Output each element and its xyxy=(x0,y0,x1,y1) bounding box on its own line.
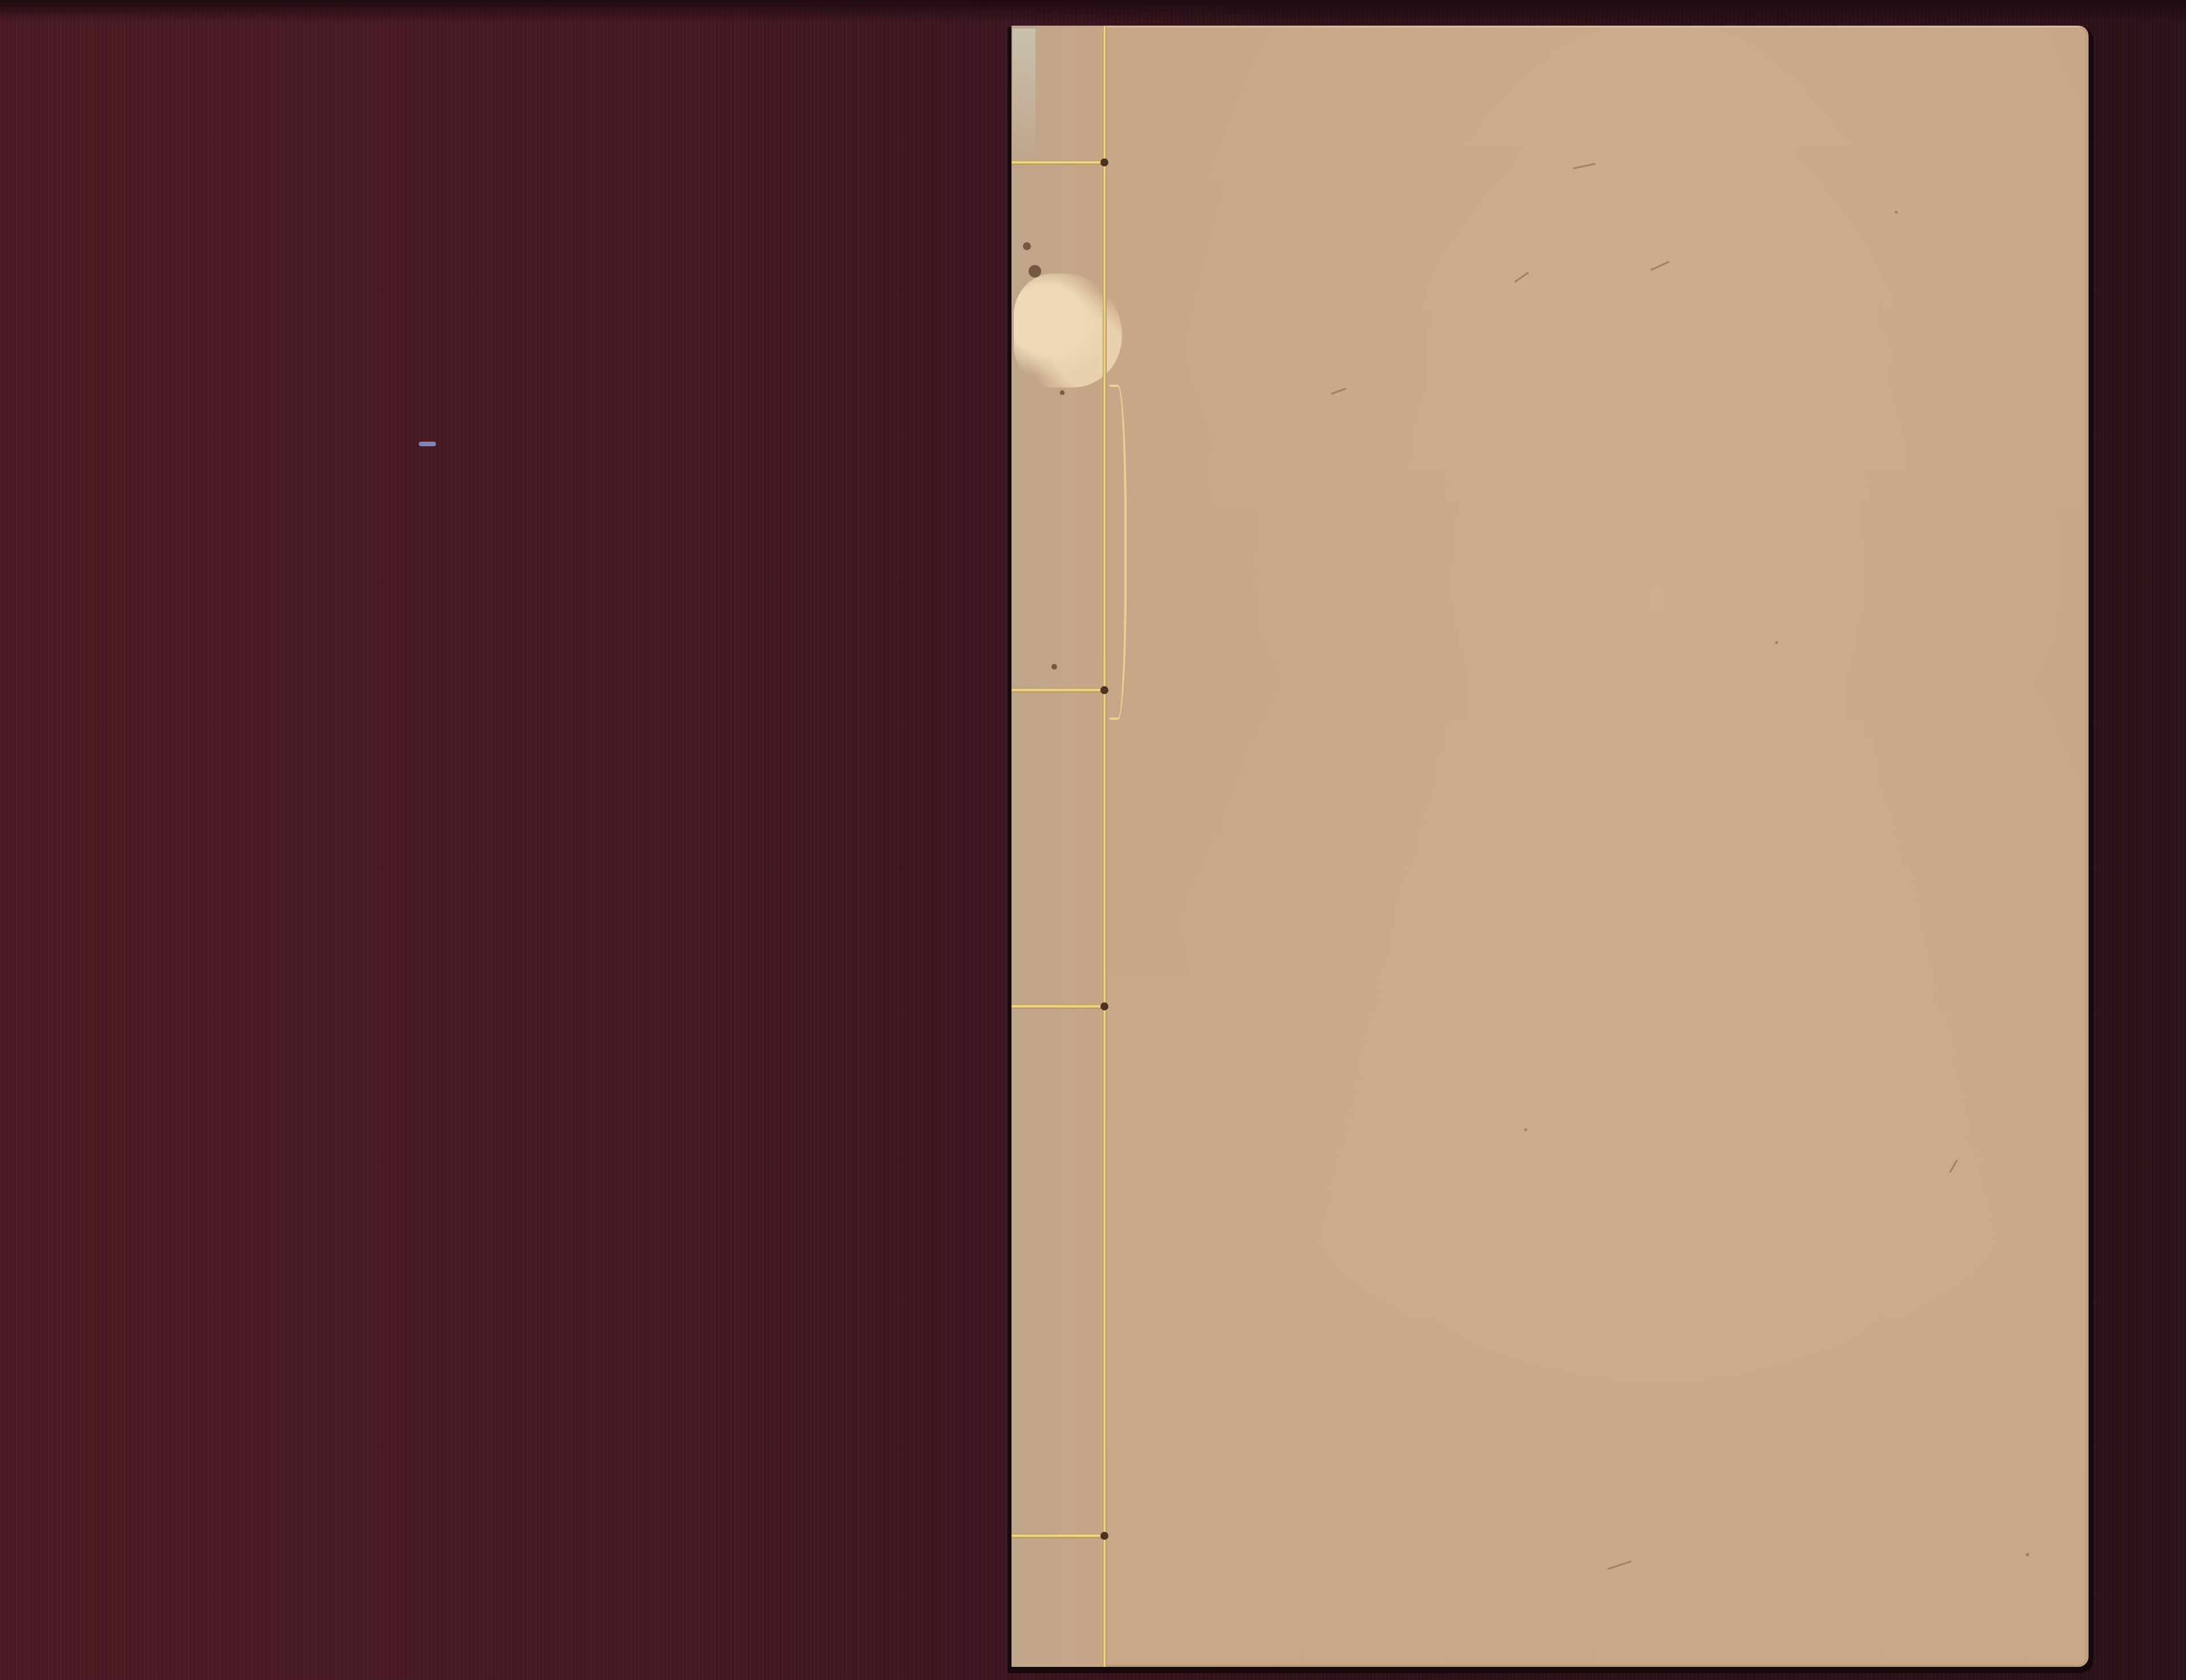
paper-fiber xyxy=(1514,272,1529,283)
backdrop-top-shadow xyxy=(0,0,2186,23)
worn-corner-edge xyxy=(1013,28,1035,160)
book-cover xyxy=(1012,26,2089,1667)
binding-thread-vertical xyxy=(1103,26,1107,1667)
paper-speck xyxy=(2026,1553,2029,1556)
binding-stitch-4 xyxy=(1012,1534,1106,1538)
paper-speck xyxy=(1524,1128,1527,1131)
stray-blue-fiber xyxy=(419,442,436,446)
paper-fiber xyxy=(1650,261,1670,271)
stitch-hole-1 xyxy=(1100,158,1108,166)
wormhole-stain xyxy=(1023,242,1031,250)
spine-binding-margin xyxy=(1012,26,1103,1667)
binding-stitch-3 xyxy=(1012,1004,1106,1009)
paper-fiber xyxy=(1608,1560,1632,1569)
stitch-hole-4 xyxy=(1100,1532,1108,1540)
paper-speck xyxy=(1895,211,1898,214)
binding-stitch-1 xyxy=(1012,160,1106,165)
paper-fiber xyxy=(1949,1159,1958,1173)
binding-stitch-2 xyxy=(1012,688,1106,692)
wormhole-stain xyxy=(1029,265,1041,278)
stitch-hole-2 xyxy=(1100,686,1108,694)
paper-speck xyxy=(1775,641,1778,644)
wormhole-stain xyxy=(1051,664,1057,670)
stitch-hole-3 xyxy=(1100,1002,1108,1010)
wormhole-stain xyxy=(1060,390,1065,395)
paper-fiber xyxy=(1573,163,1596,169)
loose-thread-loop xyxy=(1110,385,1127,720)
paper-fiber xyxy=(1331,388,1346,394)
